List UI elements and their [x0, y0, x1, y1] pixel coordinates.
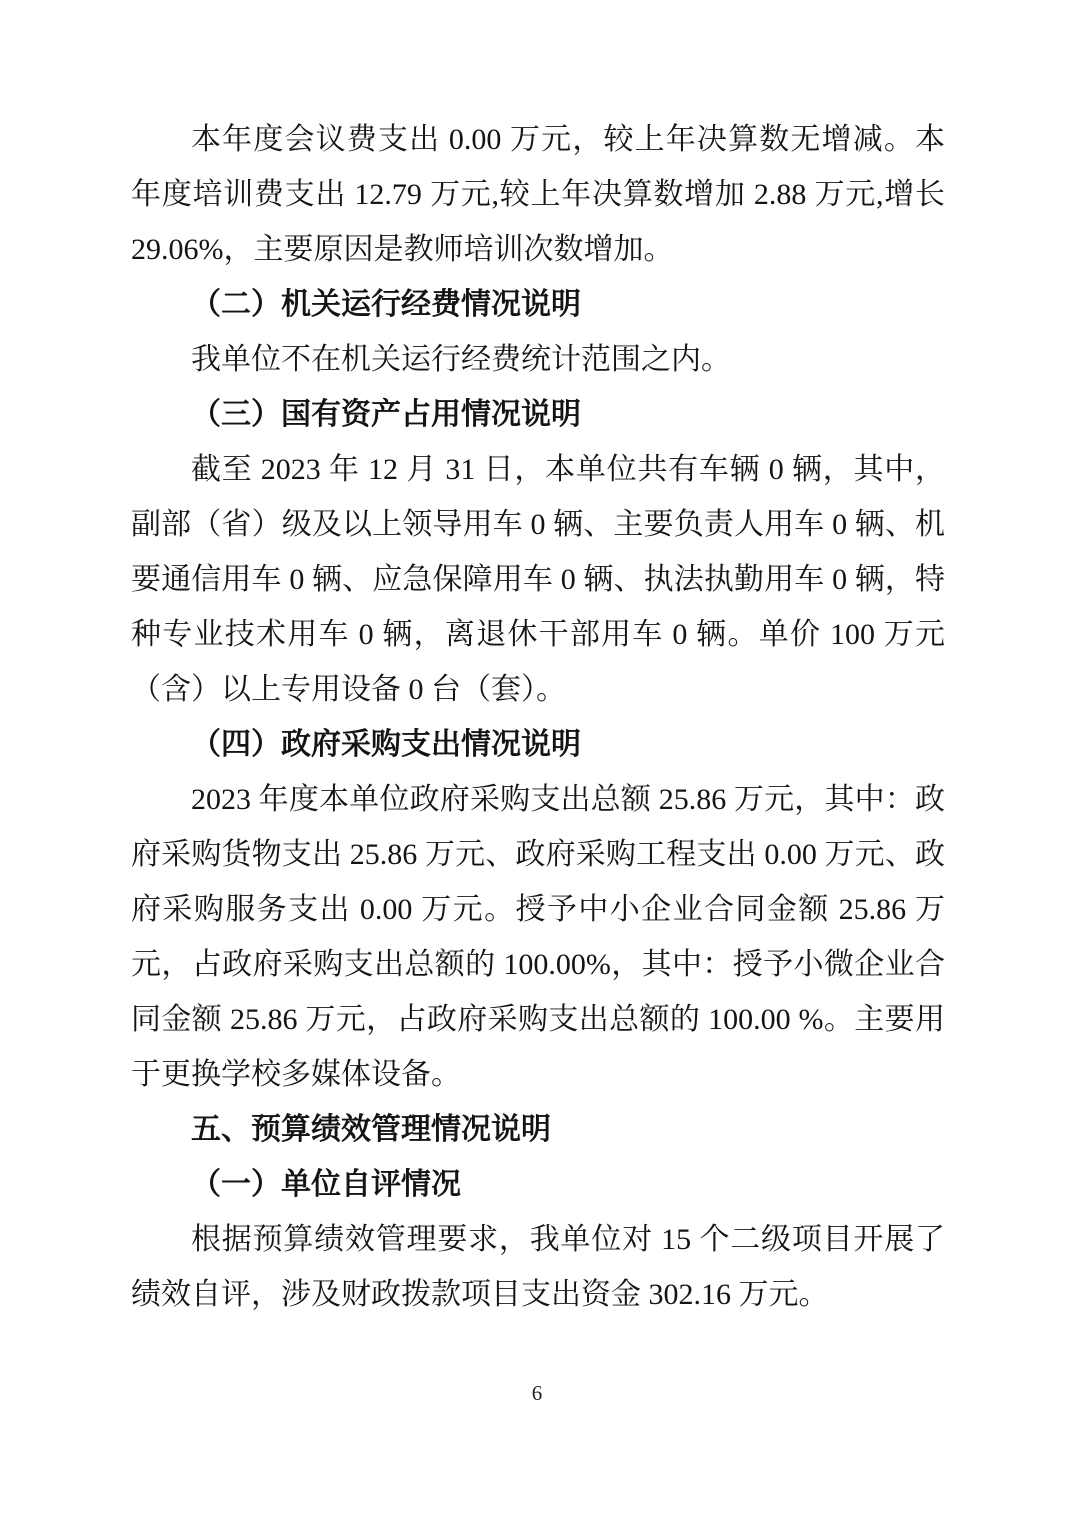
paragraph-meeting-training-expense: 本年度会议费支出 0.00 万元，较上年决算数无增减。本年度培训费支出 12.7…: [131, 112, 945, 277]
document-page: 本年度会议费支出 0.00 万元，较上年决算数无增减。本年度培训费支出 12.7…: [0, 0, 1074, 1520]
heading-agency-operating-expense: （二）机关运行经费情况说明: [131, 277, 945, 332]
paragraph-state-asset-occupancy: 截至 2023 年 12 月 31 日，本单位共有车辆 0 辆，其中，副部（省）…: [131, 442, 945, 717]
heading-state-asset-occupancy: （三）国有资产占用情况说明: [131, 387, 945, 442]
paragraph-unit-self-evaluation: 根据预算绩效管理要求，我单位对 15 个二级项目开展了绩效自评，涉及财政拨款项目…: [131, 1212, 945, 1322]
heading-government-procurement: （四）政府采购支出情况说明: [131, 717, 945, 772]
page-number: 6: [0, 1378, 1074, 1408]
document-body: 本年度会议费支出 0.00 万元，较上年决算数无增减。本年度培训费支出 12.7…: [131, 112, 945, 1322]
heading-unit-self-evaluation: （一）单位自评情况: [131, 1157, 945, 1212]
heading-budget-performance-management: 五、预算绩效管理情况说明: [131, 1102, 945, 1157]
paragraph-agency-operating-expense: 我单位不在机关运行经费统计范围之内。: [131, 332, 945, 387]
paragraph-government-procurement: 2023 年度本单位政府采购支出总额 25.86 万元，其中：政府采购货物支出 …: [131, 772, 945, 1102]
